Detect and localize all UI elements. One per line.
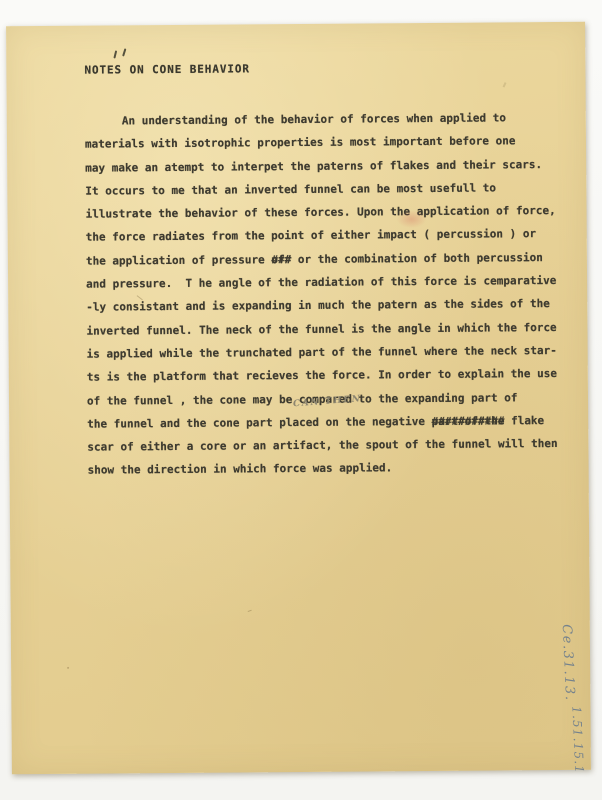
paper-fiber-speck <box>428 144 430 146</box>
catalog-number-primary: Ce.31.13. <box>559 624 577 702</box>
red-ink-smudge <box>397 210 427 228</box>
typed-line: show the direction in which force was ap… <box>87 455 577 482</box>
typed-line: materials with isotrophic properties is … <box>85 129 575 156</box>
insertion-tick-icon <box>122 48 126 56</box>
scanned-paper: NOTES ON CONE BEHAVIOR An understanding … <box>6 22 591 775</box>
page-title: NOTES ON CONE BEHAVIOR <box>84 62 250 76</box>
typed-line: -ly consistant and is expanding in much … <box>86 292 576 319</box>
paper-fiber-speck <box>503 82 507 87</box>
paper-fiber-speck <box>248 610 252 612</box>
typed-line: scar of either a core or an artifact, th… <box>87 432 577 459</box>
insertion-tick-icon <box>113 50 116 58</box>
typed-paragraph: An understanding of the behavior of forc… <box>85 106 578 483</box>
struck-out-text: of#### <box>271 248 291 271</box>
typed-line: may make an atempt to interpet the pater… <box>85 152 575 179</box>
paper-fiber-speck <box>67 667 69 669</box>
typed-line: ts is the platform that recieves the for… <box>87 362 577 389</box>
struck-out-text: part#of#the########### <box>431 409 504 433</box>
typed-line: the funnel and the cone part placed on t… <box>87 409 577 436</box>
catalog-number-secondary: 1.51.15.1 <box>569 706 586 775</box>
